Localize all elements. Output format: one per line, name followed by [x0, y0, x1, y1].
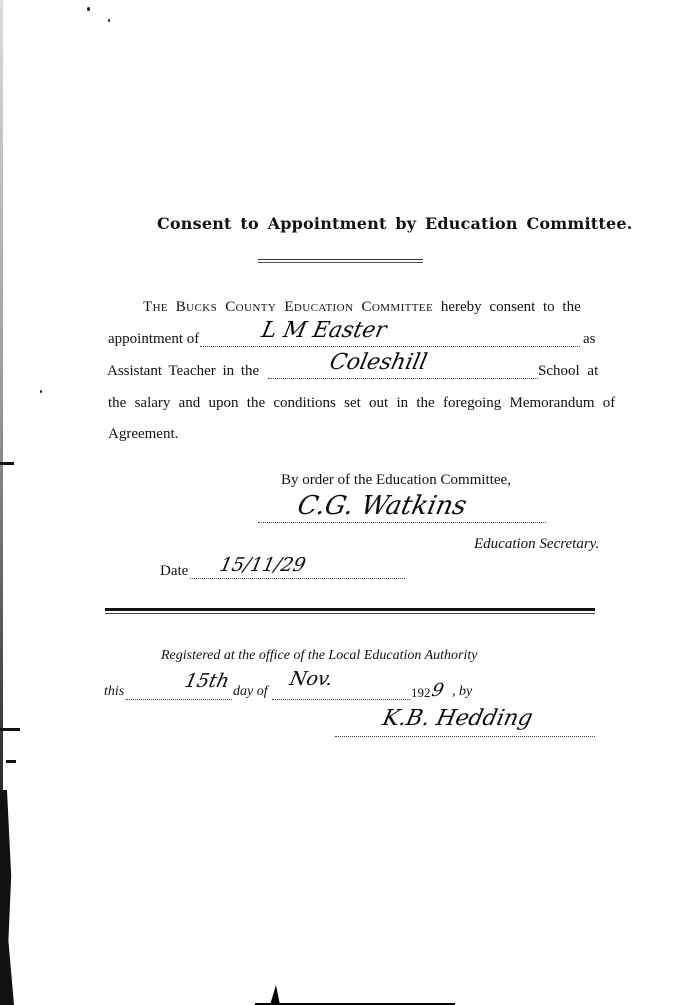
school-name-handwritten: Coleshill — [327, 350, 429, 375]
title-underline — [258, 259, 423, 263]
signatory-title: Education Secretary. — [474, 536, 599, 553]
scan-edge-tick — [0, 728, 20, 731]
day-value-handwritten: 15th — [183, 670, 232, 692]
date-field-line — [190, 578, 405, 579]
month-value-handwritten: Nov. — [288, 668, 335, 690]
body-line1-suffix: hereby consent to the — [441, 299, 581, 315]
day-field-line — [126, 699, 232, 700]
body-line-1: The Bucks County Education Committee her… — [143, 299, 581, 316]
scan-speck — [40, 390, 42, 393]
year-digit-handwritten: 9 — [430, 680, 446, 701]
by-label: , by — [452, 684, 472, 700]
scan-edge-tick — [0, 462, 14, 465]
year-prefix: 192 — [411, 685, 431, 701]
signature-line — [258, 522, 546, 523]
secretary-signature: C.G. Watkins — [295, 491, 470, 521]
scan-edge-strip — [0, 790, 14, 1005]
as-label: as — [583, 331, 596, 348]
appointee-field-line — [200, 346, 580, 347]
day-of-label: day of — [233, 684, 268, 700]
registrar-signature: K.B. Hedding — [380, 706, 535, 731]
body-line-4: the salary and upon the conditions set o… — [108, 395, 615, 412]
appointee-name-handwritten: L M Easter — [259, 318, 388, 343]
month-field-line — [272, 699, 410, 700]
scan-edge-tick — [6, 760, 16, 763]
by-order-text: By order of the Education Committee, — [281, 472, 511, 489]
scan-bottom-mark — [270, 985, 280, 1005]
this-label: this — [104, 684, 124, 700]
date-value-handwritten: 15/11/29 — [218, 554, 308, 576]
document-title: Consent to Appointment by Education Comm… — [157, 214, 633, 233]
assistant-teacher-label: Assistant Teacher in the — [107, 363, 259, 380]
appointment-label: appointment of — [108, 331, 199, 348]
registrar-signature-line — [335, 736, 595, 737]
section-divider — [105, 608, 595, 614]
committee-name: Bucks County Education Committee — [176, 299, 433, 315]
scan-speck — [87, 7, 90, 11]
school-at-label: School at — [538, 363, 598, 380]
body-line-5: Agreement. — [108, 426, 178, 443]
date-label: Date — [160, 563, 188, 580]
school-field-line — [268, 378, 538, 379]
registration-heading: Registered at the office of the Local Ed… — [161, 648, 478, 664]
body-the: The — [143, 299, 168, 315]
scan-speck — [108, 19, 110, 22]
